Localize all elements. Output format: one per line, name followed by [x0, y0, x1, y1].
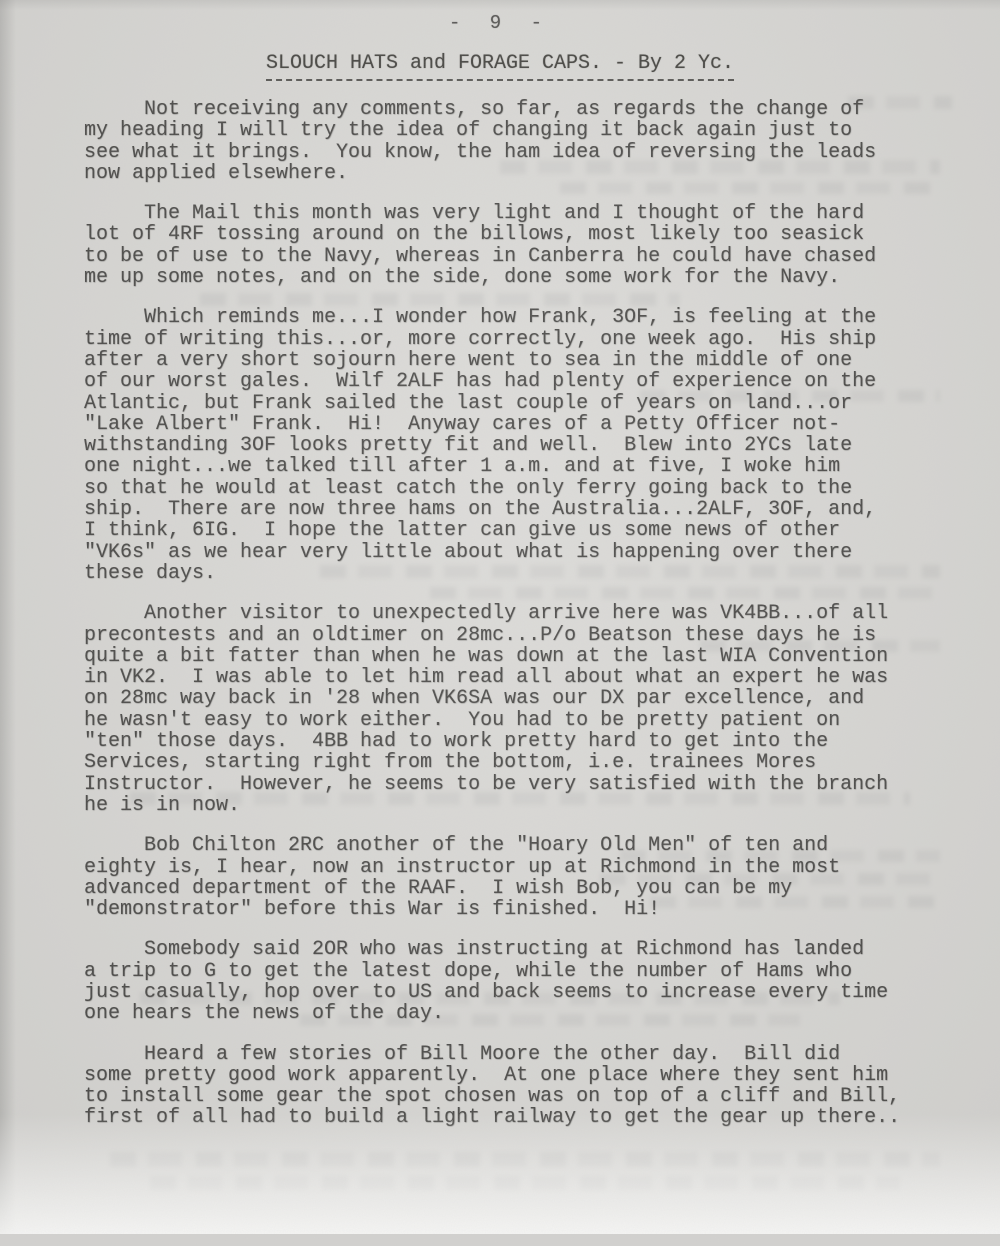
article-body: Not receiving any comments, so far, as r…: [84, 99, 960, 1148]
text-line: just casually, hop over to US and back s…: [84, 982, 960, 1003]
text-line: "Lake Albert" Frank. Hi! Anyway cares of…: [84, 414, 960, 435]
text-line: some pretty good work apparently. At one…: [84, 1065, 960, 1086]
text-line: in VK2. I was able to let him read all a…: [84, 667, 960, 688]
text-line: to install some gear the spot chosen was…: [84, 1086, 960, 1107]
text-line: Instructor. However, he seems to be very…: [84, 774, 960, 795]
text-line: see what it brings. You know, the ham id…: [84, 142, 960, 163]
text-line: he is in now.: [84, 795, 960, 816]
text-line: one night...we talked till after 1 a.m. …: [84, 456, 960, 477]
text-line: time of writing this...or, more correctl…: [84, 329, 960, 350]
text-line: Bob Chilton 2RC another of the "Hoary Ol…: [84, 835, 960, 856]
text-line: Services, starting right from the bottom…: [84, 752, 960, 773]
paragraph: Bob Chilton 2RC another of the "Hoary Ol…: [84, 835, 960, 920]
paragraph: Somebody said 2OR who was instructing at…: [84, 939, 960, 1024]
text-line: Heard a few stories of Bill Moore the ot…: [84, 1044, 960, 1065]
paragraph: Another visitor to unexpectedly arrive h…: [84, 603, 960, 816]
text-line: Not receiving any comments, so far, as r…: [84, 99, 960, 120]
title-row: SLOUCH HATS and FORAGE CAPS. - By 2 Yc.: [0, 52, 1000, 81]
paragraph: Not receiving any comments, so far, as r…: [84, 99, 960, 184]
text-line: quite a bit fatter than when he was down…: [84, 646, 960, 667]
text-line: "ten" those days. 4BB had to work pretty…: [84, 731, 960, 752]
text-line: on 28mc way back in '28 when VK6SA was o…: [84, 688, 960, 709]
text-line: "demonstrator" before this War is finish…: [84, 899, 960, 920]
page-bottom-edge: [0, 1234, 1000, 1246]
text-line: lot of 4RF tossing around on the billows…: [84, 224, 960, 245]
text-line: to be of use to the Navy, whereas in Can…: [84, 246, 960, 267]
text-line: withstanding 3OF looks pretty fit and we…: [84, 435, 960, 456]
text-line: a trip to G to get the latest dope, whil…: [84, 961, 960, 982]
text-line: eighty is, I hear, now an instructor up …: [84, 857, 960, 878]
scanned-document-page: - 9 - SLOUCH HATS and FORAGE CAPS. - By …: [0, 0, 1000, 1246]
paragraph: Which reminds me...I wonder how Frank, 3…: [84, 307, 960, 584]
text-line: these days.: [84, 563, 960, 584]
text-line: he wasn't easy to work either. You had t…: [84, 710, 960, 731]
article-title: SLOUCH HATS and FORAGE CAPS. - By 2 Yc.: [266, 52, 734, 81]
text-line: Which reminds me...I wonder how Frank, 3…: [84, 307, 960, 328]
text-line: me up some notes, and on the side, done …: [84, 267, 960, 288]
page-bottom-highlight: [0, 1114, 1000, 1234]
text-line: of our worst gales. Wilf 2ALF has had pl…: [84, 371, 960, 392]
text-line: Atlantic, but Frank sailed the last coup…: [84, 393, 960, 414]
text-line: advanced department of the RAAF. I wish …: [84, 878, 960, 899]
text-line: "VK6s" as we hear very little about what…: [84, 542, 960, 563]
text-line: precontests and an oldtimer on 28mc...P/…: [84, 625, 960, 646]
text-line: one hears the news of the day.: [84, 1003, 960, 1024]
page-number: - 9 -: [0, 12, 1000, 34]
text-line: Another visitor to unexpectedly arrive h…: [84, 603, 960, 624]
text-line: I think, 6IG. I hope the latter can give…: [84, 520, 960, 541]
text-line: so that he would at least catch the only…: [84, 478, 960, 499]
text-line: The Mail this month was very light and I…: [84, 203, 960, 224]
text-line: ship. There are now three hams on the Au…: [84, 499, 960, 520]
paragraph: The Mail this month was very light and I…: [84, 203, 960, 288]
text-line: my heading I will try the idea of changi…: [84, 120, 960, 141]
text-line: Somebody said 2OR who was instructing at…: [84, 939, 960, 960]
text-line: after a very short sojourn here went to …: [84, 350, 960, 371]
page-edge-shadow-top: [0, 0, 1000, 10]
page-edge-shadow-left: [0, 0, 16, 1246]
text-line: now applied elsewhere.: [84, 163, 960, 184]
